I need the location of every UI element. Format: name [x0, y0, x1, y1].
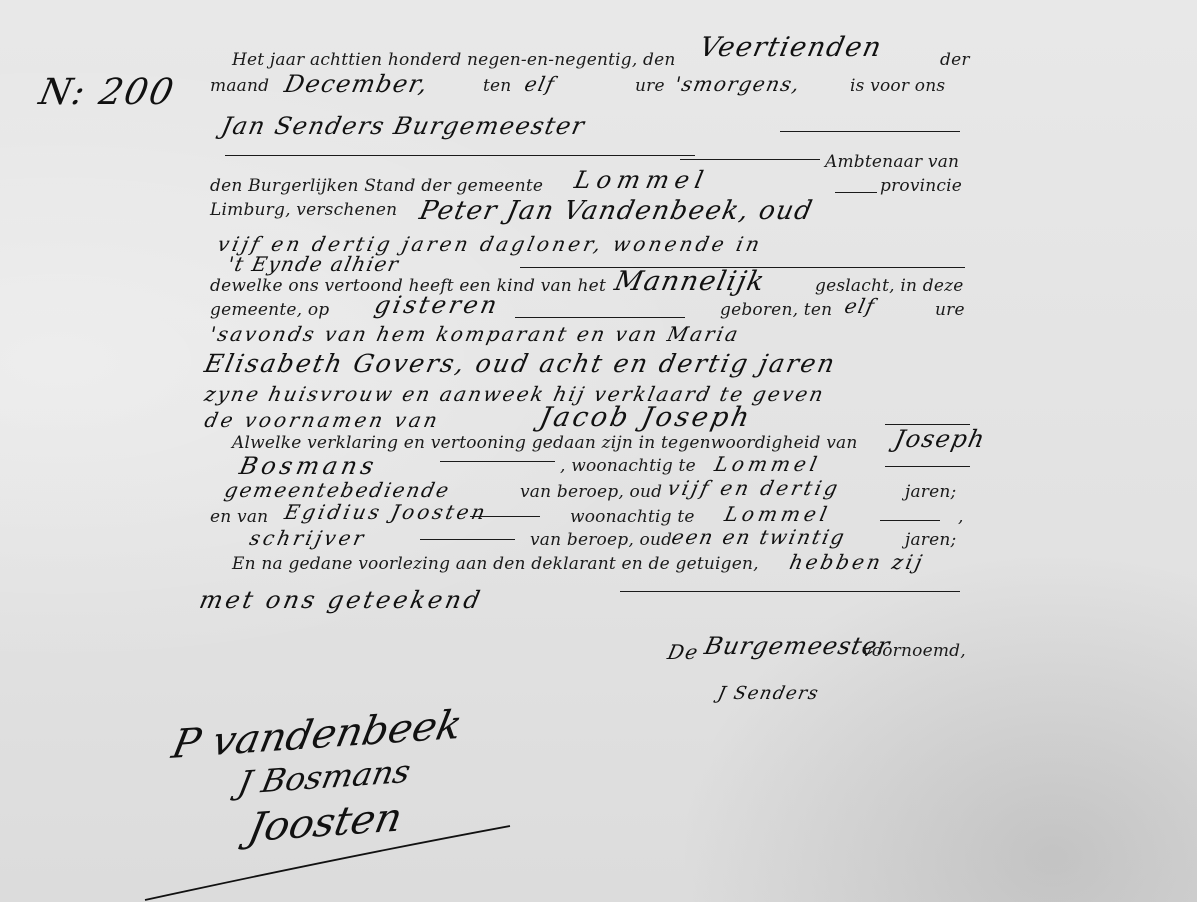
line15-witness1: Joseph [892, 425, 988, 453]
line18-place: Lommel [722, 502, 833, 526]
line10-hour: elf [842, 294, 877, 318]
line11-text: 'savonds van hem komparant en van Maria [207, 322, 742, 346]
line18-print-a: en van [210, 507, 268, 527]
line2-month-value: December, [282, 70, 431, 98]
line2-print-a: maand [210, 76, 269, 96]
line10-date: gisteren [372, 291, 502, 319]
line15-print: Alwelke verklaring en vertooning gedaan … [232, 433, 858, 453]
line2-hour: elf [522, 72, 557, 96]
line18-witness2: Egidius Joosten [282, 500, 490, 524]
line21-rule [620, 591, 960, 592]
line2-print-d: is voor ons [850, 76, 945, 96]
closing-suffix: voornoemd, [862, 641, 966, 661]
line21-text: met ons geteekend [197, 586, 485, 614]
line18-rule-a [470, 516, 540, 517]
closing-prefix: De [665, 640, 701, 664]
line17-age: vijf en dertig [665, 476, 842, 500]
line18-print-b: woonachtig te [570, 507, 695, 527]
line17-print-b: jaren; [905, 482, 956, 502]
line9-print-b: geslacht, in deze [815, 276, 964, 296]
line16-print: , woonachtig te [560, 456, 696, 476]
line5-municipality: Lommel [572, 166, 712, 194]
line19-print-a: van beroep, oud [530, 530, 672, 550]
line3-rule-a [225, 155, 695, 156]
line9-sex: Mannelijk [612, 266, 769, 297]
signature-flourish [140, 820, 520, 902]
record-number: N: 200 [36, 72, 179, 113]
line1-day: Veertienden [697, 32, 885, 63]
mayor-signature: J Senders [716, 683, 821, 704]
line14-text-a: de voornamen van [202, 408, 442, 432]
line2-print-ure: ure [635, 76, 665, 96]
line4-rule [680, 159, 820, 160]
line10-rule [515, 317, 685, 318]
line3-official: Jan Senders Burgemeester [219, 112, 588, 140]
line16-rule-a [440, 461, 555, 462]
line2-time: 'smorgens, [672, 72, 803, 96]
line19-occupation: schrijver [247, 526, 368, 550]
line12-text: Elisabeth Govers, oud acht en dertig jar… [202, 349, 839, 378]
line16-place: Lommel [712, 452, 823, 476]
civil-birth-record-page: N: 200 Het jaar achttien honderd negen-e… [0, 0, 1197, 902]
line18-rule-b [880, 520, 940, 521]
line6-declarant: Peter Jan Vandenbeek, oud [417, 196, 816, 226]
line10-print-a: gemeente, op [210, 300, 329, 320]
line18-print-c: , [958, 507, 964, 527]
line10-print-b: geboren, ten [720, 300, 832, 320]
line20-print: En na gedane voorlezing aan den deklaran… [232, 554, 759, 574]
line17-occupation: gemeentebediende [222, 478, 452, 502]
line19-age: een en twintig [669, 525, 848, 549]
line2-print-ten: ten [483, 76, 511, 96]
line19-rule [420, 539, 515, 540]
line17-print-a: van beroep, oud [520, 482, 662, 502]
line1-print-b: der [940, 50, 970, 70]
line5-rule [835, 192, 877, 193]
line1-print-a: Het jaar achttien honderd negen-en-negen… [232, 50, 676, 70]
line16-witness1-surname: Bosmans [237, 452, 380, 480]
line14-child-names: Jacob Joseph [537, 402, 755, 433]
line3-rule-b [780, 131, 960, 132]
line10-print-c: ure [935, 300, 965, 320]
line8-text: 't Eynde alhier [225, 252, 401, 276]
line5-print-b: provincie [880, 176, 962, 196]
line4-print: Ambtenaar van [825, 152, 959, 172]
line5-print-a: den Burgerlijken Stand der gemeente [210, 176, 543, 196]
line19-print-b: jaren; [905, 530, 956, 550]
line20-hand: hebben zij [787, 550, 927, 574]
line6-print-a: Limburg, verschenen [210, 200, 397, 220]
line16-rule-b [885, 466, 970, 467]
